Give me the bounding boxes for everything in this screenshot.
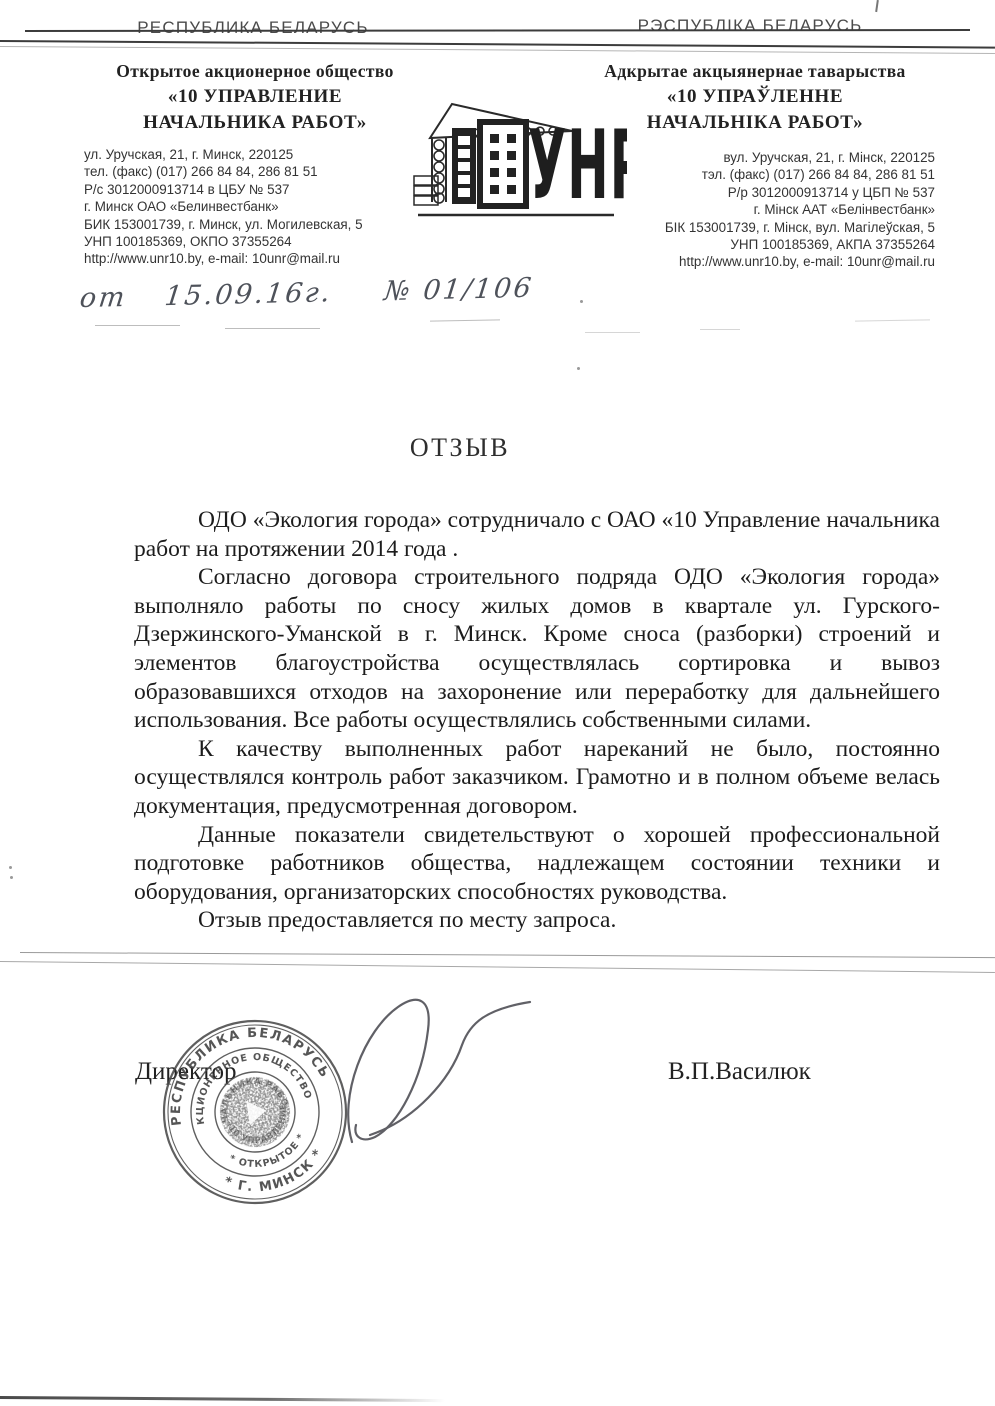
paragraph: ОДО «Экология города» сотрудничало с ОАО… (134, 506, 940, 563)
address-line: УНП 100185369, АКПА 37355264 (665, 236, 935, 253)
company-logo: УНР (412, 94, 627, 222)
scan-artifact (225, 328, 320, 329)
address-line: БІК 153001739, г. Мінск, вул. Магілеўска… (665, 219, 935, 236)
logo-unr-text: УНР (528, 109, 627, 221)
address-line: Р/с 3012000913714 в ЦБУ № 537 (84, 181, 363, 198)
paragraph: К качеству выполненных работ нареканий н… (134, 735, 940, 821)
address-block-ru: ул. Уручская, 21, г. Минск, 220125 тел. … (84, 146, 363, 268)
address-line: тэл. (факс) (017) 266 84 84, 286 81 51 (665, 166, 935, 183)
scan-artifact (585, 332, 640, 333)
scan-edge-line (0, 1396, 445, 1402)
building-10-icon (452, 122, 526, 206)
org-name-ru-line3: НАЧАЛЬНИКА РАБОТ» (75, 110, 435, 136)
paragraph: Отзыв предоставляется по месту запроса. (134, 906, 940, 935)
scan-artifact (855, 319, 930, 321)
letter-body: ОДО «Экология города» сотрудничало с ОАО… (134, 506, 940, 935)
address-line: УНП 100185369, ОКПО 37355264 (84, 233, 363, 250)
scan-artifact (580, 300, 583, 303)
org-name-by-line1: Адкрытае акцыянернае таварыства (565, 58, 945, 84)
handwritten-reference: от15.09.16г.№ 01/106 (78, 273, 535, 314)
scan-artifact (875, 0, 879, 12)
address-line: http://www.unr10.by, e-mail: 10unr@mail.… (665, 253, 935, 270)
reference-date: 15.09.16г. (163, 277, 334, 312)
document-title: ОТЗЫВ (0, 433, 920, 463)
org-name-ru-line2: «10 УПРАВЛЕНИЕ (75, 84, 435, 110)
scanned-letter-page: РЕСПУБЛИКА БЕЛАРУСЬ РЭСПУБЛІКА БЕЛАРУСЬ … (0, 0, 995, 1406)
address-line: ул. Уручская, 21, г. Минск, 220125 (84, 146, 363, 163)
country-name-by: РЭСПУБЛІКА БЕЛАРУСЬ (600, 16, 900, 36)
scan-artifact (430, 319, 500, 321)
address-line: http://www.unr10.by, e-mail: 10unr@mail.… (84, 250, 363, 267)
address-line: вул. Уручская, 21, г. Мінск, 220125 (665, 149, 935, 166)
address-line: тел. (факс) (017) 266 84 84, 286 81 51 (84, 163, 363, 180)
address-line: Р/р 3012000913714 у ЦБП № 537 (665, 184, 935, 201)
reference-number: № 01/106 (382, 273, 535, 307)
paragraph: Согласно договора строительного подряда … (134, 563, 940, 735)
address-block-by: вул. Уручская, 21, г. Мінск, 220125 тэл.… (665, 149, 935, 271)
signer-name: В.П.Василюк (668, 1058, 811, 1086)
svg-text:* Г. МИНСК *: * Г. МИНСК * (218, 1143, 333, 1208)
reference-prefix: от (78, 282, 128, 314)
stamp-outer-bottom-text: * Г. МИНСК * (218, 1143, 333, 1208)
svg-text:УНР: УНР (528, 109, 627, 221)
fold-line (20, 952, 995, 958)
org-name-ru-line1: Открытое акционерное общество (75, 58, 435, 84)
address-line: г. Минск ОАО «Белинвестбанк» (84, 198, 363, 215)
address-line: г. Мінск ААТ «Белінвестбанк» (665, 201, 935, 218)
org-name-ru: Открытое акционерное общество «10 УПРАВЛ… (75, 58, 435, 136)
country-name-ru: РЕСПУБЛИКА БЕЛАРУСЬ (108, 18, 398, 38)
fold-line (0, 961, 995, 973)
scan-artifact (700, 329, 740, 330)
scan-artifact (10, 876, 13, 879)
scan-artifact (9, 866, 12, 869)
address-line: БИК 153001739, г. Минск, ул. Могилевская… (84, 216, 363, 233)
scan-artifact (95, 325, 180, 326)
handwritten-signature (320, 985, 550, 1155)
paragraph: Данные показатели свидетельствуют о хоро… (134, 821, 940, 907)
scan-artifact (577, 367, 580, 370)
